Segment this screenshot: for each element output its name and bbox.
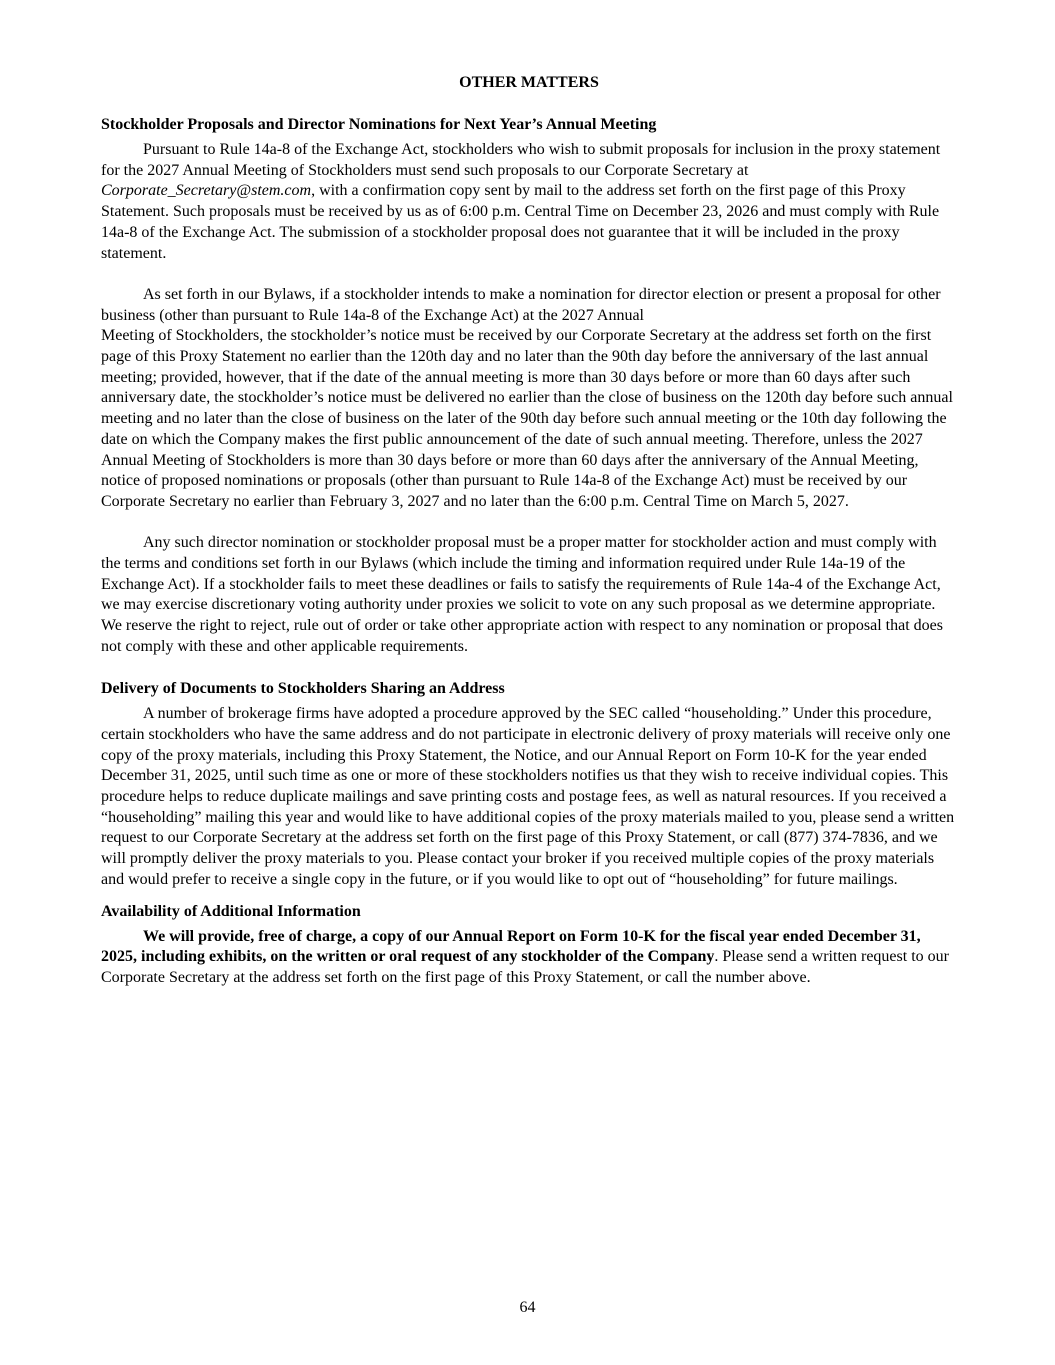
paragraph-text: As set forth in our Bylaws, if a stockho…	[101, 286, 941, 324]
section-heading: Stockholder Proposals and Director Nomin…	[101, 114, 957, 135]
section-stockholder-proposals: Stockholder Proposals and Director Nomin…	[101, 114, 957, 658]
paragraph: We will provide, free of charge, a copy …	[101, 927, 957, 989]
paragraph: Any such director nomination or stockhol…	[101, 533, 957, 657]
paragraph-text: Meeting of Stockholders, the stockholder…	[101, 326, 957, 512]
paragraph: Pursuant to Rule 14a-8 of the Exchange A…	[101, 140, 957, 264]
page-number: 64	[0, 1299, 1055, 1317]
email-link[interactable]: Corporate_Secretary@stem.com	[101, 182, 311, 199]
paragraph: As set forth in our Bylaws, if a stockho…	[101, 285, 957, 513]
paragraph: A number of brokerage firms have adopted…	[101, 704, 957, 890]
paragraph-text: Pursuant to Rule 14a-8 of the Exchange A…	[101, 141, 940, 179]
section-additional-information: Availability of Additional Information W…	[101, 901, 957, 989]
section-heading: Availability of Additional Information	[101, 901, 957, 922]
section-heading: Delivery of Documents to Stockholders Sh…	[101, 678, 957, 699]
document-page: OTHER MATTERS Stockholder Proposals and …	[101, 72, 957, 989]
section-delivery-of-documents: Delivery of Documents to Stockholders Sh…	[101, 678, 957, 890]
page-title: OTHER MATTERS	[101, 72, 957, 93]
